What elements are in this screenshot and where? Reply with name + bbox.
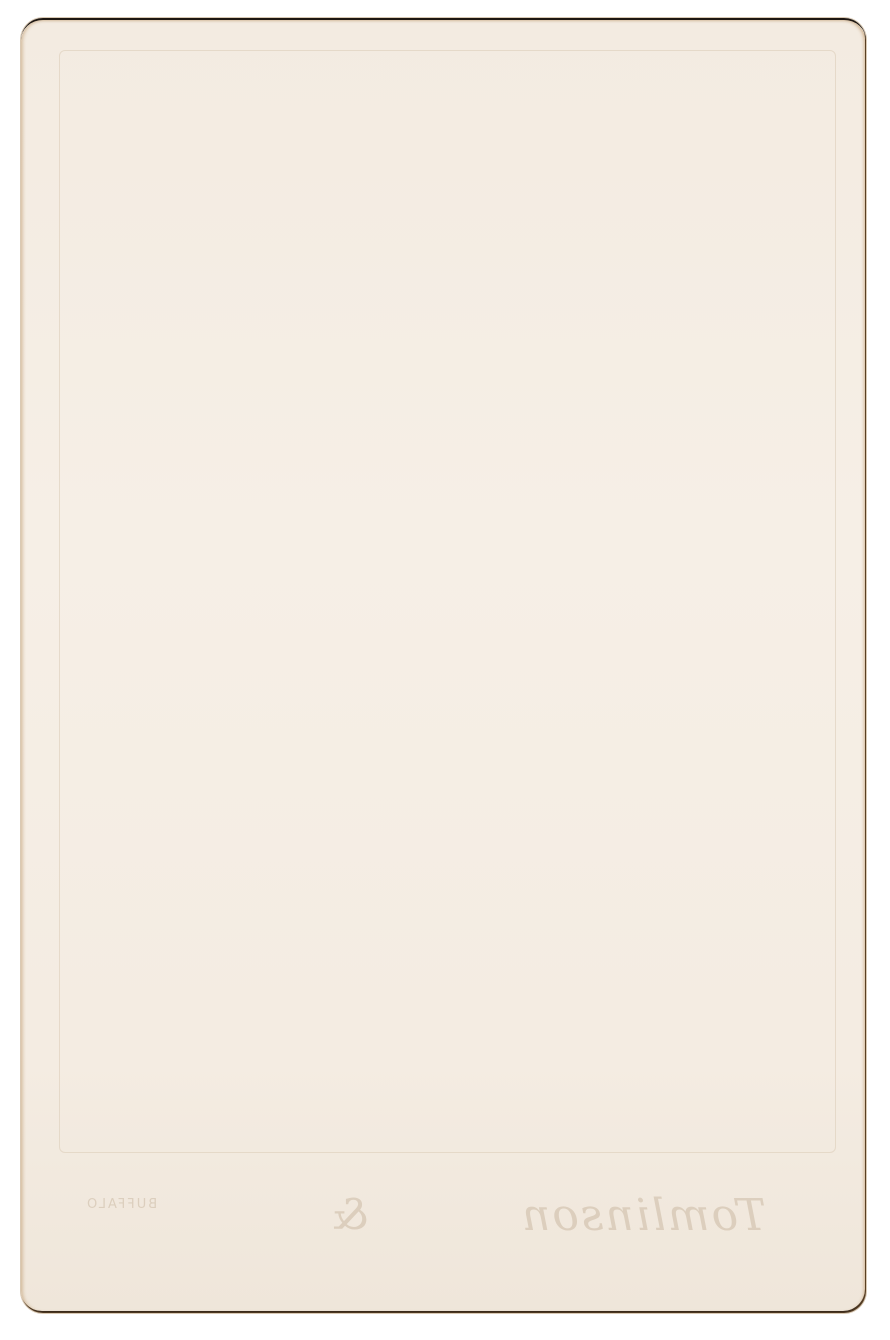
embossed-inner-panel bbox=[59, 50, 836, 1153]
cabinet-card-back bbox=[21, 18, 866, 1313]
photographer-address-imprint: BUFFALO bbox=[85, 1190, 157, 1220]
address-line-2: BUFFALO bbox=[85, 1190, 157, 1220]
monogram-imprint: & bbox=[330, 1190, 369, 1239]
photographer-signature-imprint: Tomlinson bbox=[520, 1190, 766, 1241]
